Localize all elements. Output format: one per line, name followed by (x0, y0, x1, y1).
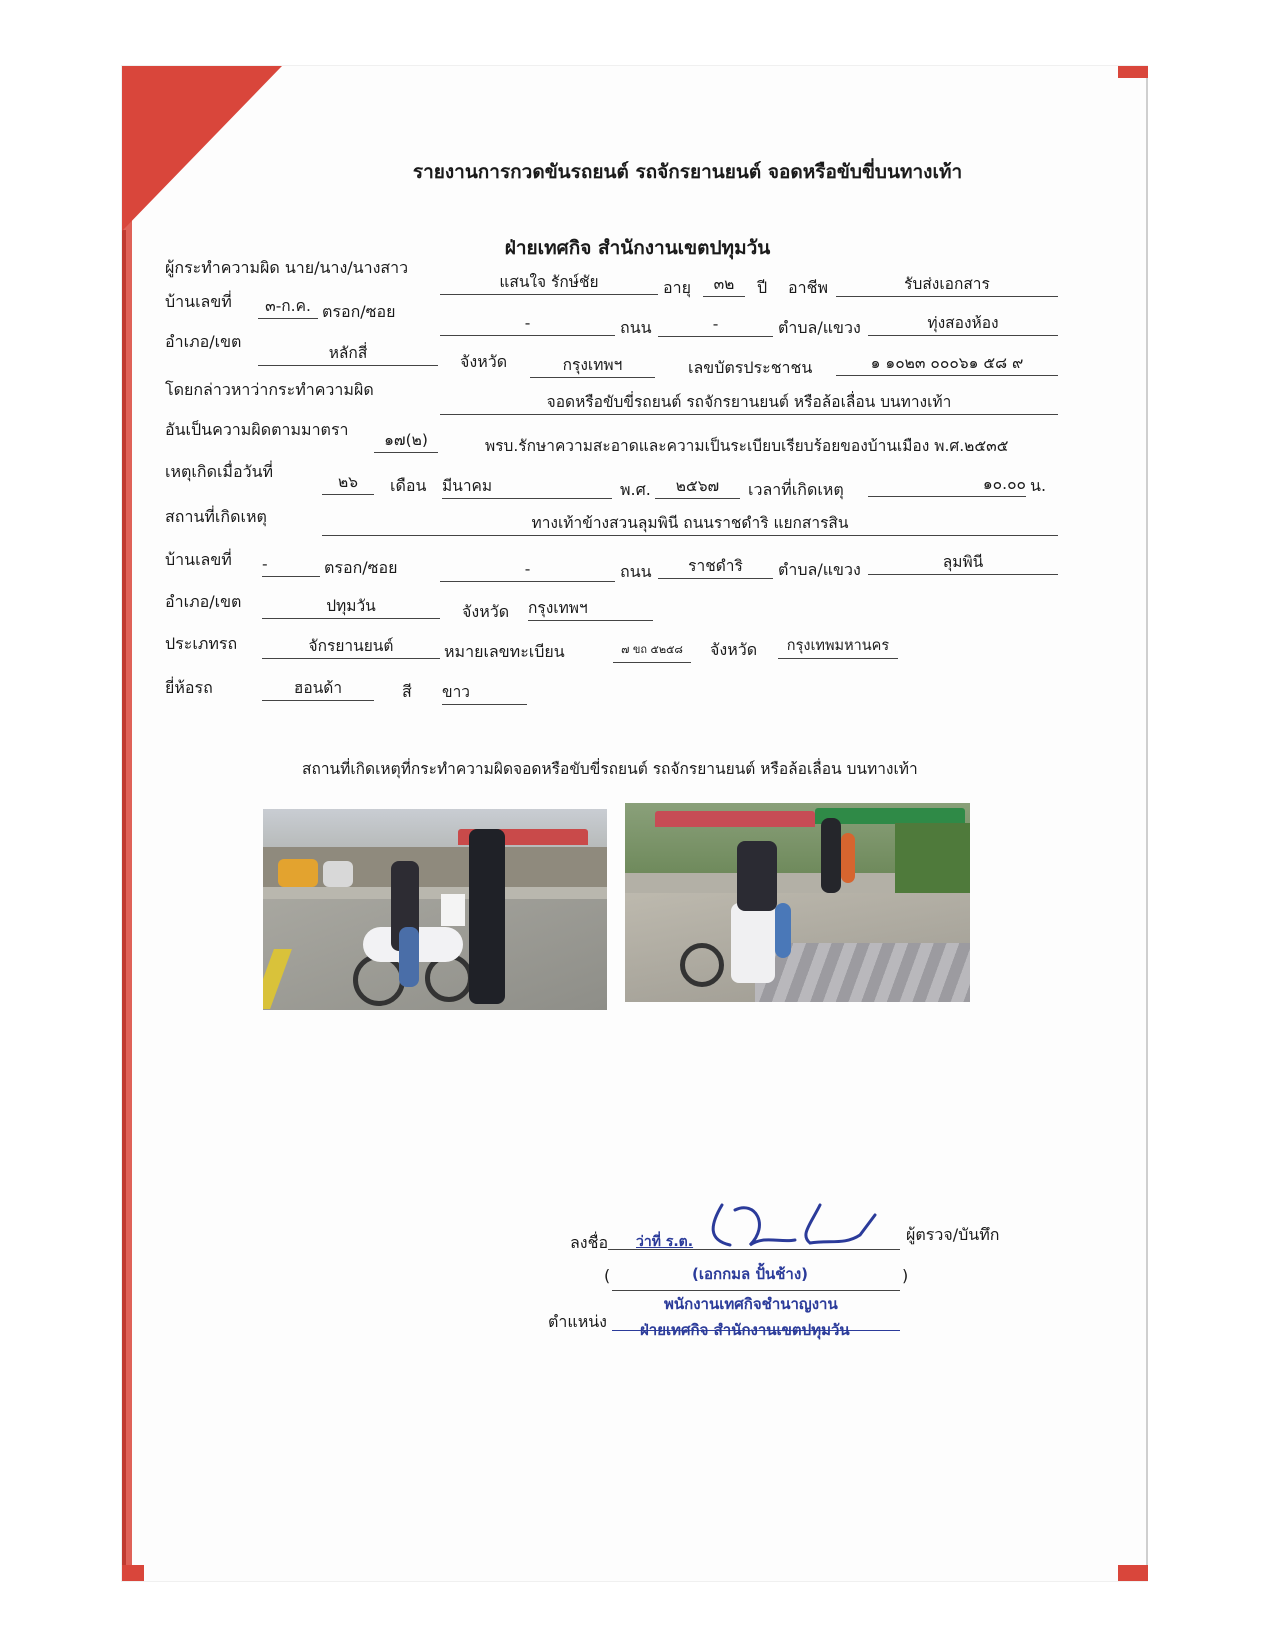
field-day: ๒๖ (322, 472, 374, 495)
field-subdistrict: ทุ่งสองห้อง (868, 313, 1058, 336)
label-incident-house-no: บ้านเลขที่ (165, 548, 232, 573)
photo-caption: สถานที่เกิดเหตุที่กระทำความผิดจอดหรือขับ… (302, 756, 918, 781)
field-province: กรุงเทพฯ (530, 355, 655, 378)
field-id-number: ๑ ๑๐๒๓ ๐๐๐๖๑ ๕๘ ๙ (836, 353, 1058, 376)
label-offender-name: ผู้กระทำความผิด นาย/นาง/นางสาว (165, 256, 408, 281)
label-incident-soi: ตรอก/ซอย (324, 556, 398, 581)
field-month: มีนาคม (442, 476, 612, 499)
field-district: หลักสี่ (258, 343, 438, 366)
label-incident-subdistrict: ตำบล/แขวง (778, 558, 861, 583)
field-age: ๓๒ (703, 274, 745, 297)
binder-edge-shadow (122, 230, 126, 1580)
label-vehicle-province: จังหวัด (710, 638, 757, 663)
field-vehicle-province: กรุงเทพมหานคร (778, 636, 898, 659)
field-accused: จอดหรือขับขี่รถยนต์ รถจักรยานยนต์ หรือล้… (440, 392, 1058, 415)
label-brand: ยี่ห้อรถ (165, 676, 213, 701)
field-incident-district: ปทุมวัน (262, 596, 440, 619)
position-line (612, 1330, 900, 1331)
field-brand: ฮอนด้า (262, 678, 374, 701)
label-time: เวลาที่เกิดเหตุ (748, 478, 844, 503)
field-road: - (658, 314, 773, 337)
label-plate: หมายเลขทะเบียน (444, 640, 565, 665)
field-occupation: รับส่งเอกสาร (836, 274, 1058, 297)
label-vehicle-type: ประเภทรถ (165, 632, 237, 657)
label-inspector-role: ผู้ตรวจ/บันทึก (906, 1223, 999, 1248)
field-house-no: ๓-ก.ค. (258, 296, 318, 319)
field-incident-house-no: - (262, 554, 320, 577)
label-road: ถนน (620, 316, 652, 341)
label-position: ตำแหน่ง (548, 1310, 607, 1335)
label-house-no: บ้านเลขที่ (165, 290, 232, 315)
field-vehicle-type: จักรยานยนต์ (262, 636, 440, 659)
label-color: สี (402, 680, 412, 705)
field-incident-soi: - (440, 559, 615, 582)
field-soi: - (440, 313, 615, 336)
label-time-unit: น. (1030, 474, 1046, 499)
label-id-number: เลขบัตรประชาชน (688, 356, 812, 381)
label-soi: ตรอก/ซอย (322, 300, 396, 325)
binder-tab-top-right (1118, 66, 1148, 78)
binder-tab-bottom-right (1118, 1565, 1148, 1581)
field-time: ๑๐.๐๐ (868, 474, 1026, 497)
label-occupation: อาชีพ (788, 276, 828, 301)
signer-name: (เอกกมล ปั้นช้าง) (692, 1262, 808, 1286)
label-district: อำเภอ/เขต (165, 330, 241, 355)
label-province: จังหวัด (460, 350, 507, 375)
name-line (612, 1290, 900, 1291)
field-act: พรบ.รักษาความสะอาดและความเป็นระเบียบเรีย… (485, 433, 1008, 458)
evidence-photo-2 (625, 803, 970, 1002)
page-edge (1146, 66, 1148, 1581)
field-plate: ๗ ขถ ๕๒๕๘ (613, 640, 691, 663)
close-paren: ) (902, 1266, 908, 1285)
field-incident-subdistrict: ลุมพินี (868, 552, 1058, 575)
open-paren: ( (604, 1266, 610, 1285)
binder-corner (122, 66, 282, 231)
label-incident-province: จังหวัด (462, 600, 509, 625)
field-section: ๑๗(๒) (374, 430, 438, 453)
binder-tab-bottom-left (122, 1565, 144, 1581)
label-accused: โดยกล่าวหาว่ากระทำความผิด (165, 378, 374, 403)
field-place: ทางเท้าข้างสวนลุมพินี ถนนราชดำริ แยกสารส… (322, 513, 1058, 536)
label-date: เหตุเกิดเมื่อวันที่ (165, 460, 273, 485)
document-title: รายงานการกวดขันรถยนต์ รถจักรยานยนต์ จอดห… (50, 157, 1275, 187)
label-section: อันเป็นความผิดตามมาตรา (165, 418, 349, 443)
label-subdistrict: ตำบล/แขวง (778, 316, 861, 341)
position-line-1: พนักงานเทศกิจชำนาญงาน (664, 1292, 838, 1316)
field-offender-name: แสนใจ รักษ์ชัย (440, 272, 658, 295)
signature-rank: ว่าที่ ร.ต. (636, 1231, 693, 1253)
evidence-photo-1 (263, 809, 607, 1010)
label-year: พ.ศ. (620, 478, 651, 503)
field-year: ๒๕๖๗ (655, 476, 740, 499)
label-place: สถานที่เกิดเหตุ (165, 505, 267, 530)
field-color: ขาว (442, 682, 527, 705)
field-incident-province: กรุงเทพฯ (528, 598, 653, 621)
field-incident-road: ราชดำริ (658, 556, 773, 579)
label-incident-road: ถนน (620, 560, 652, 585)
label-age: อายุ (663, 276, 691, 301)
label-incident-district: อำเภอ/เขต (165, 590, 241, 615)
label-years: ปี (757, 276, 767, 301)
label-sign: ลงชื่อ (570, 1231, 608, 1256)
label-month: เดือน (390, 474, 426, 499)
signature-scribble (700, 1195, 880, 1255)
